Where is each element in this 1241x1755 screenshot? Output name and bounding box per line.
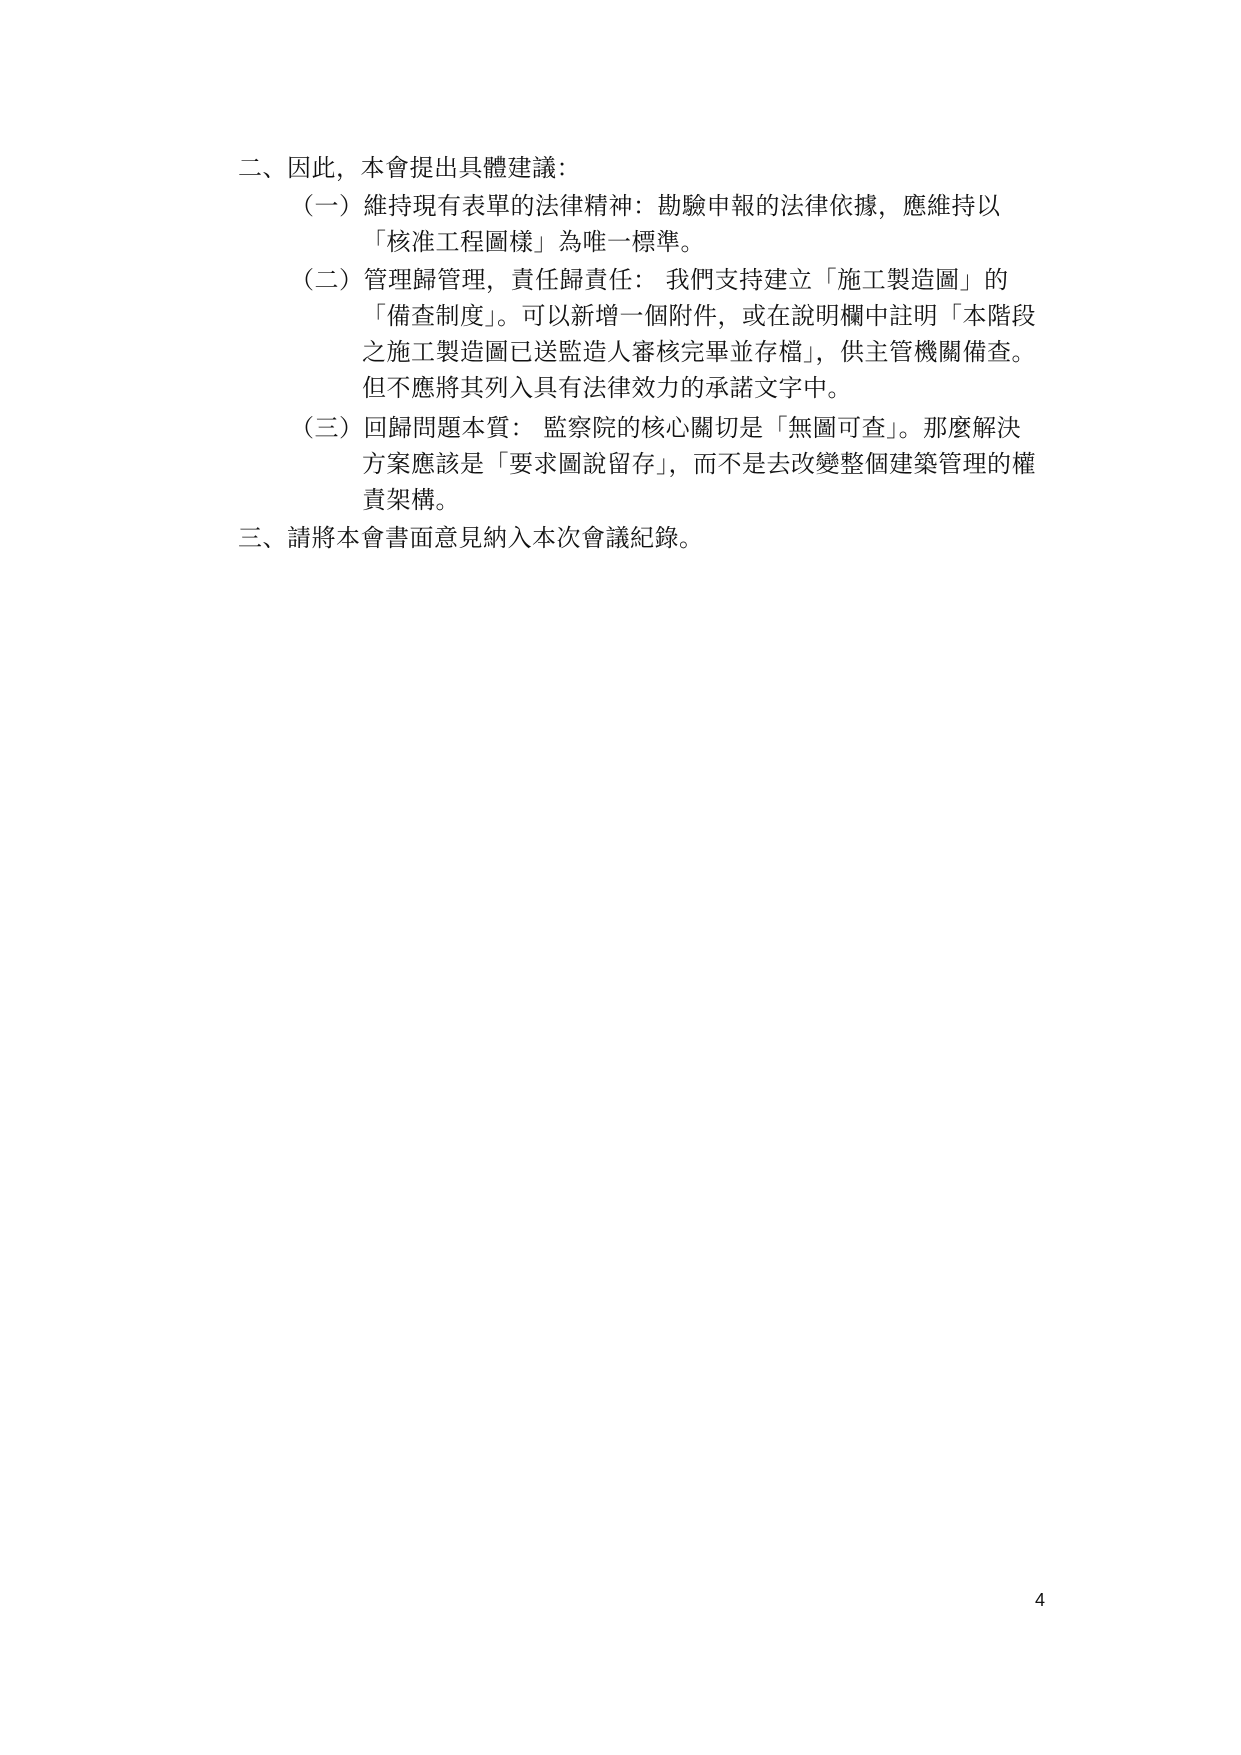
item-2-line-4: 但不應將其列入具有法律效力的承諾文字中。 xyxy=(362,370,852,406)
item-3-line-3: 責架構。 xyxy=(362,482,460,518)
item-1-line-2: 「核准工程圖樣」為唯一標準。 xyxy=(362,224,705,260)
document-page: 二、因此，本會提出具體建議： （一）維持現有表單的法律精神：勘驗申報的法律依據，… xyxy=(0,0,1241,1755)
item-3-line-1: （三）回歸問題本質： 監察院的核心關切是「無圖可查」。那麼解決 xyxy=(290,410,1021,446)
item-2-line-3: 之施工製造圖已送監造人審核完畢並存檔」，供主管機關備查。 xyxy=(362,334,1036,370)
section-heading-2: 二、因此，本會提出具體建議： xyxy=(238,150,581,186)
page-number: 4 xyxy=(1035,1590,1045,1611)
item-2-line-1: （二）管理歸管理，責任歸責任： 我們支持建立「施工製造圖」的 xyxy=(290,262,1009,298)
item-3-line-2: 方案應該是「要求圖說留存」，而不是去改變整個建築管理的權 xyxy=(362,446,1036,482)
item-2-line-2: 「備查制度」。可以新增一個附件，或在說明欄中註明「本階段 xyxy=(362,298,1036,334)
section-heading-3: 三、請將本會書面意見納入本次會議紀錄。 xyxy=(238,520,704,556)
item-1-line-1: （一）維持現有表單的法律精神：勘驗申報的法律依據，應維持以 xyxy=(290,188,1001,224)
